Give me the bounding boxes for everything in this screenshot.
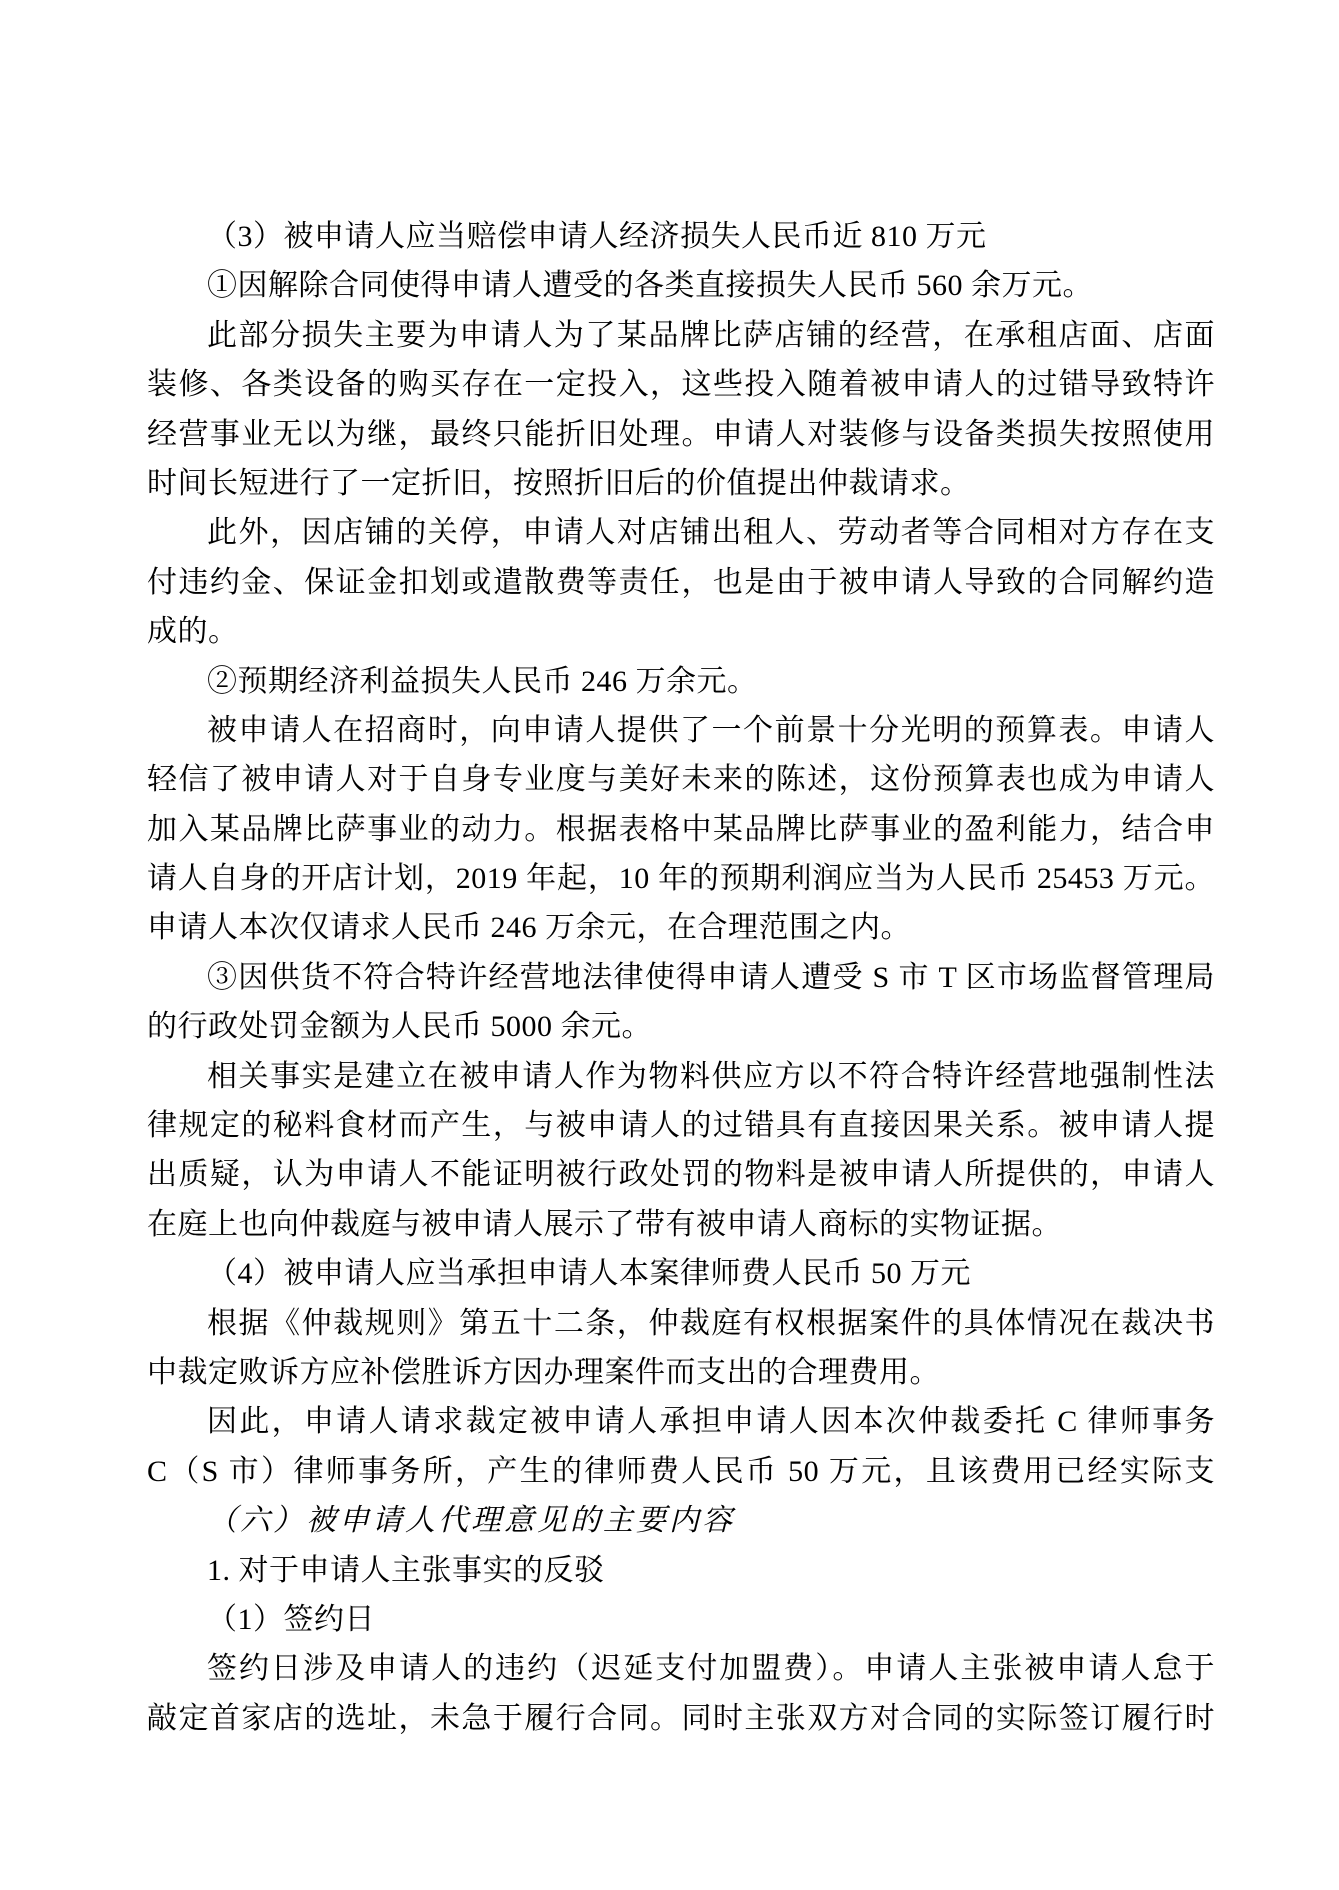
text-line: 敲定首家店的选址，未急于履行合同。同时主张双方对合同的实际签订履行时 <box>147 1694 1215 1743</box>
text-line: 加入某品牌比萨事业的动力。根据表格中某品牌比萨事业的盈利能力，结合申 <box>147 805 1215 854</box>
claim-4-heading: （4）被申请人应当承担申请人本案律师费人民币 50 万元 <box>147 1249 1215 1298</box>
text-line: 中裁定败诉方应补偿胜诉方因办理案件而支出的合理费用。 <box>147 1348 1215 1397</box>
text-line: 相关事实是建立在被申请人作为物料供应方以不符合特许经营地强制性法 <box>147 1052 1215 1101</box>
text-line: 在庭上也向仲裁庭与被申请人展示了带有被申请人商标的实物证据。 <box>147 1200 1215 1249</box>
text-line: 付违约金、保证金扣划或遣散费等责任，也是由于被申请人导致的合同解约造 <box>147 558 1215 607</box>
text-line: 此部分损失主要为申请人为了某品牌比萨店铺的经营，在承租店面、店面 <box>147 311 1215 360</box>
text-line: 请人自身的开店计划，2019 年起，10 年的预期利润应当为人民币 25453 … <box>147 854 1215 903</box>
document-page: （3）被申请人应当赔偿申请人经济损失人民币近 810 万元①因解除合同使得申请人… <box>0 0 1339 1890</box>
text-line: 被申请人在招商时，向申请人提供了一个前景十分光明的预算表。申请人 <box>147 706 1215 755</box>
text-line: 装修、各类设备的购买存在一定投入，这些投入随着被申请人的过错导致特许 <box>147 360 1215 409</box>
item-3-heading: ③因供货不符合特许经营地法律使得申请人遭受 S 市 T 区市场监督管理局 <box>147 953 1215 1002</box>
text-line: 成的。 <box>147 607 1215 656</box>
text-line: 轻信了被申请人对于自身专业度与美好未来的陈述，这份预算表也成为申请人 <box>147 755 1215 804</box>
text-line: 的行政处罚金额为人民币 5000 余元。 <box>147 1002 1215 1051</box>
text-line: 经营事业无以为继，最终只能折旧处理。申请人对装修与设备类损失按照使用 <box>147 410 1215 459</box>
item-1-heading: ①因解除合同使得申请人遭受的各类直接损失人民币 560 余万元。 <box>147 261 1215 310</box>
section-six-heading: （六）被申请人代理意见的主要内容 <box>147 1496 1215 1545</box>
text-line: 出质疑，认为申请人不能证明被行政处罚的物料是被申请人所提供的，申请人 <box>147 1150 1215 1199</box>
document-body: （3）被申请人应当赔偿申请人经济损失人民币近 810 万元①因解除合同使得申请人… <box>147 212 1215 1743</box>
text-line: 因此，申请人请求裁定被申请人承担申请人因本次仲裁委托 C 律师事务所、 <box>147 1397 1215 1446</box>
text-line: 律规定的秘料食材而产生，与被申请人的过错具有直接因果关系。被申请人提 <box>147 1101 1215 1150</box>
point-1-heading: （1）签约日 <box>147 1595 1215 1644</box>
claim-3-heading: （3）被申请人应当赔偿申请人经济损失人民币近 810 万元 <box>147 212 1215 261</box>
text-line: 签约日涉及申请人的违约（迟延支付加盟费）。申请人主张被申请人怠于 <box>147 1644 1215 1693</box>
text-line: 时间长短进行了一定折旧，按照折旧后的价值提出仲裁请求。 <box>147 459 1215 508</box>
text-line: C（S 市）律师事务所，产生的律师费人民币 50 万元，且该费用已经实际支付。 <box>147 1447 1215 1496</box>
text-line: 申请人本次仅请求人民币 246 万余元，在合理范围之内。 <box>147 903 1215 952</box>
subsection-1-heading: 1. 对于申请人主张事实的反驳 <box>147 1546 1215 1595</box>
item-2-heading: ②预期经济利益损失人民币 246 万余元。 <box>147 657 1215 706</box>
text-line: 根据《仲裁规则》第五十二条，仲裁庭有权根据案件的具体情况在裁决书 <box>147 1299 1215 1348</box>
text-line: 此外，因店铺的关停，申请人对店铺出租人、劳动者等合同相对方存在支 <box>147 508 1215 557</box>
